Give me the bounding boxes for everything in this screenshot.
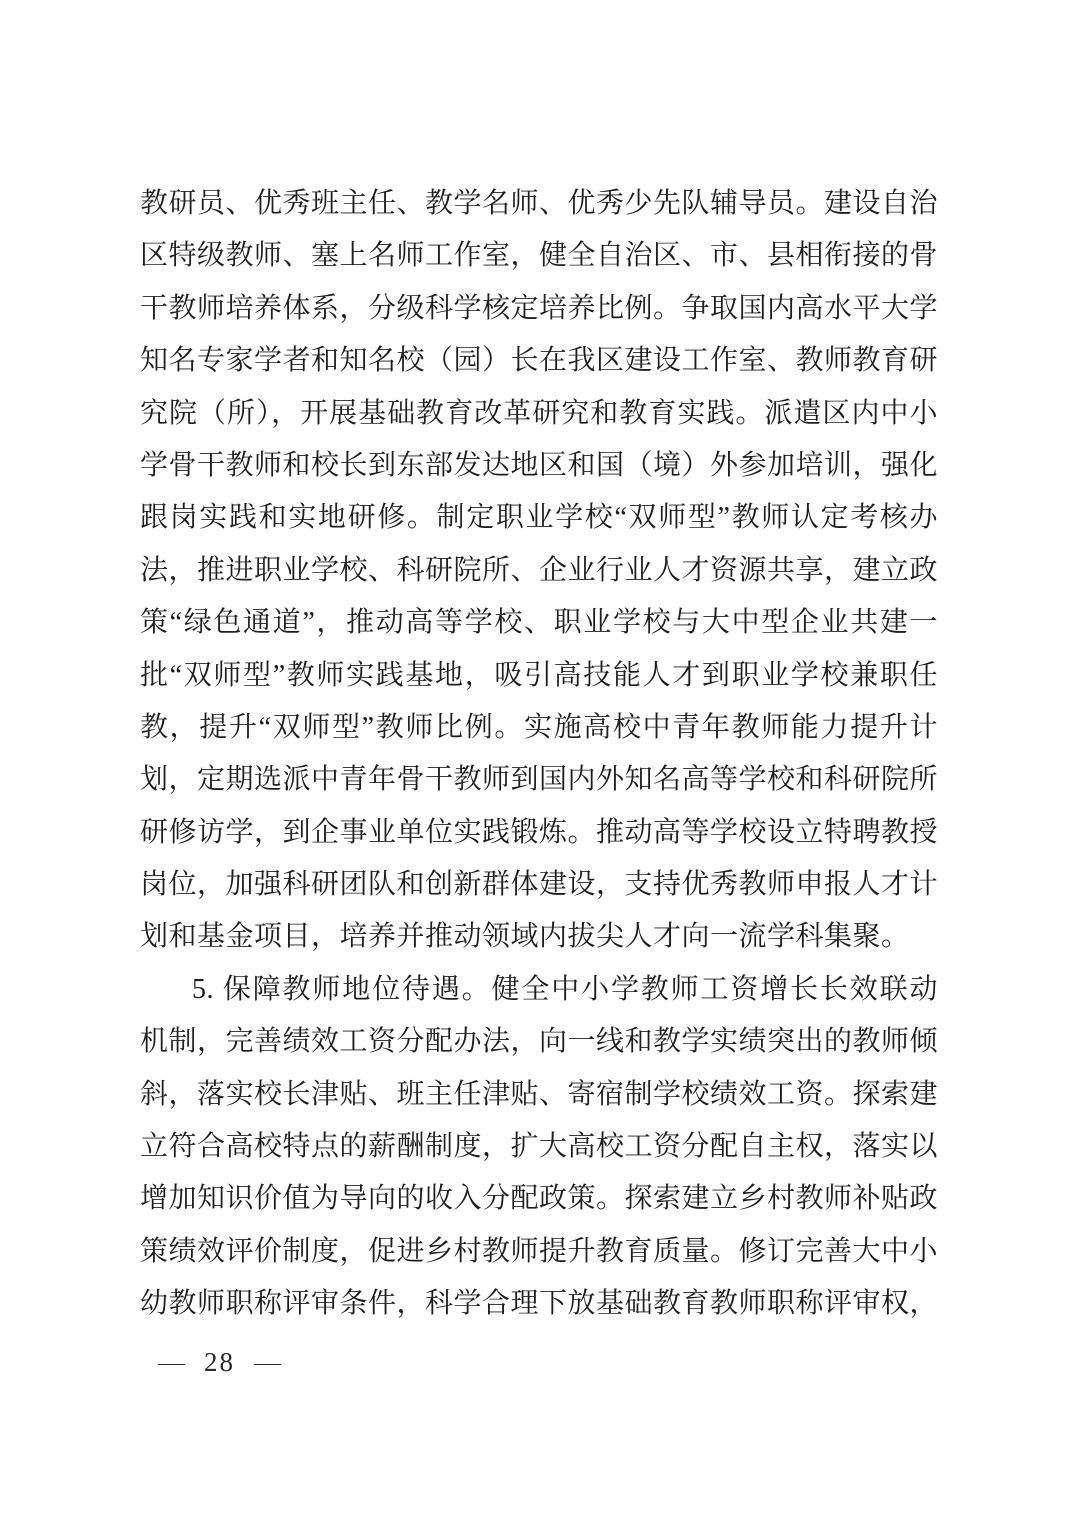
- page-footer: — 28 —: [158, 1342, 281, 1382]
- text-line: 划，定期选派中青年骨干教师到国内外知名高等学校和科研院所: [140, 754, 938, 806]
- text-line: 教，提升“双师型”教师比例。实施高校中青年教师能力提升计: [140, 702, 938, 754]
- text-line: 法，推进职业学校、科研院所、企业行业人才资源共享，建立政: [140, 545, 938, 597]
- text-line: 知名专家学者和知名校（园）长在我区建设工作室、教师教育研: [140, 335, 938, 387]
- text-line: 批“双师型”教师实践基地，吸引高技能人才到职业学校兼职任: [140, 650, 938, 702]
- text-line: 幼教师职称评审条件，科学合理下放基础教育教师职称评审权，: [140, 1278, 938, 1330]
- text-line: 教研员、优秀班主任、教学名师、优秀少先队辅导员。建设自治: [140, 178, 938, 230]
- text-line: 干教师培养体系，分级科学核定培养比例。争取国内高水平大学: [140, 283, 938, 335]
- document-page: 教研员、优秀班主任、教学名师、优秀少先队辅导员。建设自治区特级教师、塞上名师工作…: [0, 0, 1074, 1520]
- text-line: 学骨干教师和校长到东部发达地区和国（境）外参加培训，强化: [140, 440, 938, 492]
- text-line: 立符合高校特点的薪酬制度，扩大高校工资分配自主权，落实以: [140, 1121, 938, 1173]
- footer-dash-left: —: [158, 1350, 185, 1375]
- text-line: 策绩效评价制度，促进乡村教师提升教育质量。修订完善大中小: [140, 1226, 938, 1278]
- text-line: 斜，落实校长津贴、班主任津贴、寄宿制学校绩效工资。探索建: [140, 1069, 938, 1121]
- text-line: 究院（所），开展基础教育改革研究和教育实践。派遣区内中小: [140, 388, 938, 440]
- footer-dash-right: —: [254, 1350, 281, 1375]
- text-line: 5. 保障教师地位待遇。健全中小学教师工资增长长效联动: [140, 964, 938, 1016]
- text-line: 策“绿色通道”，推动高等学校、职业学校与大中型企业共建一: [140, 597, 938, 649]
- text-line: 机制，完善绩效工资分配办法，向一线和教学实绩突出的教师倾: [140, 1016, 938, 1068]
- document-body: 教研员、优秀班主任、教学名师、优秀少先队辅导员。建设自治区特级教师、塞上名师工作…: [140, 178, 938, 1331]
- text-line: 划和基金项目，培养并推动领域内拔尖人才向一流学科集聚。: [140, 911, 938, 963]
- text-line: 研修访学，到企事业单位实践锻炼。推动高等学校设立特聘教授: [140, 807, 938, 859]
- text-line: 区特级教师、塞上名师工作室，健全自治区、市、县相衔接的骨: [140, 230, 938, 282]
- text-line: 岗位，加强科研团队和创新群体建设，支持优秀教师申报人才计: [140, 859, 938, 911]
- page-number: 28: [204, 1347, 235, 1378]
- text-line: 跟岗实践和实地研修。制定职业学校“双师型”教师认定考核办: [140, 492, 938, 544]
- text-line: 增加知识价值为导向的收入分配政策。探索建立乡村教师补贴政: [140, 1173, 938, 1225]
